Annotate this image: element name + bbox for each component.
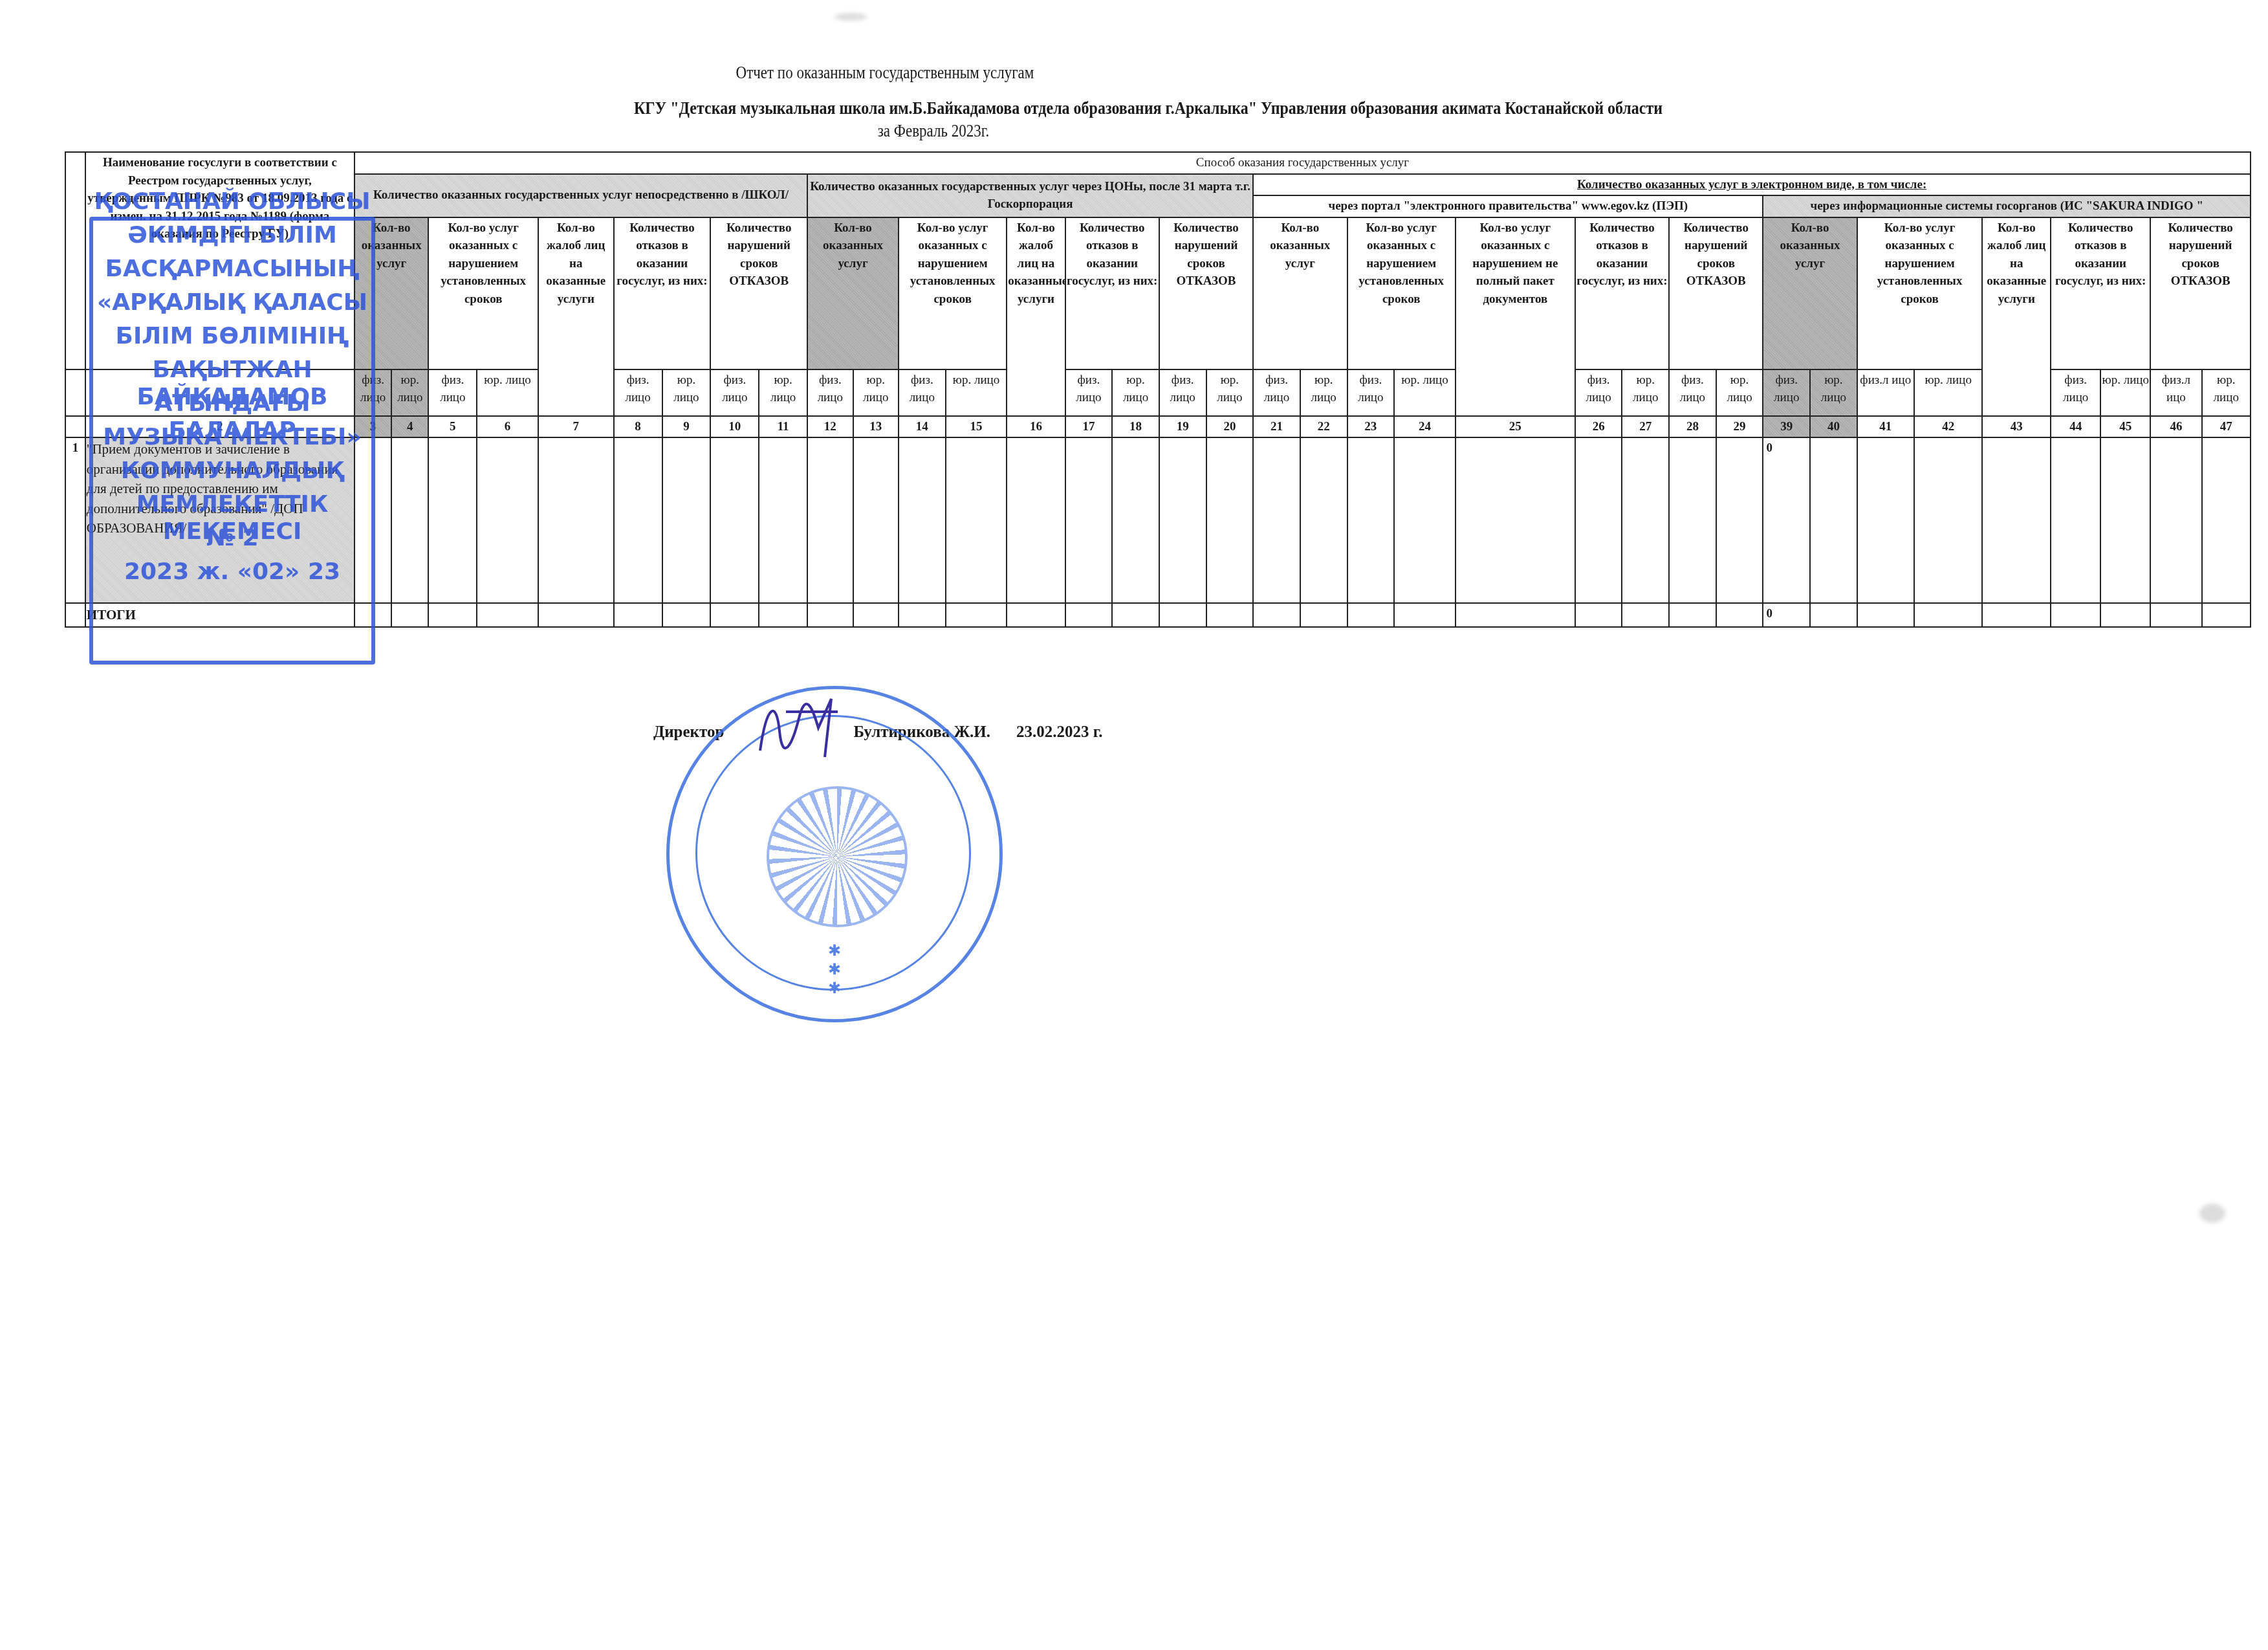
cell-col-40 — [1810, 437, 1857, 603]
person-type-phys: физ. лицо — [899, 369, 946, 416]
direct-refusal-violations-header: Количество нарушений сроков ОТКАЗОВ — [710, 217, 807, 369]
group-sakura: через информационные системы госорганов … — [1763, 195, 2251, 217]
cell-col-21 — [1253, 603, 1300, 626]
cell-col-7 — [538, 603, 614, 626]
stamp-text-line: 2023 ж. «02» 23 — [93, 558, 371, 586]
cell-col-39: 0 — [1763, 437, 1810, 603]
column-number: 18 — [1112, 416, 1159, 438]
person-type-jur: юр. лицо — [1622, 369, 1669, 416]
cell-col-4 — [391, 603, 428, 626]
column-number: 44 — [2051, 416, 2100, 438]
cell-col-9 — [662, 437, 711, 603]
cell-col-47 — [2202, 603, 2251, 626]
sakura-complaints-header: Кол-во жалоб лиц на оказанные услуги — [1982, 217, 2051, 416]
cell-col-17 — [1065, 437, 1113, 603]
person-type-jur: юр. лицо — [477, 369, 538, 416]
cell-col-46 — [2150, 437, 2201, 603]
cell-col-27 — [1622, 603, 1669, 626]
cell-col-15 — [946, 437, 1007, 603]
stamp-text-line: № 2 — [93, 525, 371, 552]
cell-col-41 — [1857, 437, 1914, 603]
column-number: 39 — [1763, 416, 1810, 438]
person-type-phys: физ. лицо — [1575, 369, 1622, 416]
person-type-jur: юр. лицо — [2202, 369, 2251, 416]
cell-col-46 — [2150, 603, 2201, 626]
column-number: 16 — [1007, 416, 1065, 438]
column-number: 26 — [1575, 416, 1622, 438]
direct-complaints-header: Кол-во жалоб лиц на оказанные услуги — [538, 217, 614, 416]
table-row: 1 "Прием документов и зачисление в орган… — [65, 437, 2251, 603]
cell-col-5 — [428, 603, 477, 626]
sakura-count-header: Кол-во оказанных услуг — [1763, 217, 1857, 369]
cell-col-9 — [662, 603, 711, 626]
column-number: 7 — [538, 416, 614, 438]
cell-col-20 — [1206, 603, 1254, 626]
cell-col-42 — [1914, 603, 1983, 626]
person-type-jur: юр. лицо — [1810, 369, 1857, 416]
stamp-text-line: КОММУНАЛДЫҚ — [93, 457, 371, 485]
cell-col-26 — [1575, 603, 1622, 626]
person-type-jur: юр. лицо — [1206, 369, 1254, 416]
sakura-late-header: Кол-во услуг оказанных с нарушением уста… — [1857, 217, 1983, 369]
cell-col-6 — [477, 437, 538, 603]
organization-title: КГУ "Детская музыкальная школа им.Б.Байк… — [453, 99, 1844, 119]
column-number: 19 — [1159, 416, 1206, 438]
column-number: 11 — [759, 416, 807, 438]
person-type-jur: юр. лицо — [1914, 369, 1983, 416]
column-number: 47 — [2202, 416, 2251, 438]
cell-col-43 — [1982, 437, 2051, 603]
cell-col-12 — [807, 603, 853, 626]
cell-col-14 — [899, 603, 946, 626]
cell-col-15 — [946, 603, 1007, 626]
con-late-header: Кол-во услуг оказанных с нарушением уста… — [899, 217, 1007, 369]
column-number: 10 — [710, 416, 759, 438]
column-numbers-row: 2345678910111213141516171819202122232425… — [65, 416, 2251, 438]
column-number: 29 — [1716, 416, 1763, 438]
column-number: 40 — [1810, 416, 1857, 438]
column-number: 14 — [899, 416, 946, 438]
person-type-phys: физ. лицо — [807, 369, 853, 416]
person-type-phys: физ. лицо — [1669, 369, 1716, 416]
cell-col-16 — [1007, 437, 1065, 603]
egov-late-header: Кол-во услуг оказанных с нарушением уста… — [1347, 217, 1456, 369]
person-type-phys: физ. лицо — [1763, 369, 1810, 416]
person-type-phys: физ. лицо — [1347, 369, 1395, 416]
column-number: 43 — [1982, 416, 2051, 438]
totals-row: ИТОГИ 0 — [65, 603, 2251, 626]
column-number: 46 — [2150, 416, 2201, 438]
column-number: 21 — [1253, 416, 1300, 438]
group-electronic: Количество оказанных услуг в электронном… — [1253, 174, 2251, 196]
cell-col-44 — [2051, 603, 2100, 626]
person-type-phys: физ. лицо — [1159, 369, 1206, 416]
column-number: 28 — [1669, 416, 1716, 438]
registration-stamp: ҚОСТАНАЙ ОБЛЫСЫӘКІМДІГІ БІЛІМБАСҚАРМАСЫН… — [89, 217, 375, 665]
group-con: Количество оказанных государственных усл… — [807, 174, 1253, 217]
stamp-text-line: БІЛІМ БӨЛІМІНІҢ — [93, 323, 371, 350]
person-type-phys: физ. лицо — [2051, 369, 2100, 416]
con-complaints-header: Кол-во жалоб лиц на оказанные услуги — [1007, 217, 1065, 416]
column-number: 23 — [1347, 416, 1395, 438]
cell-col-24 — [1394, 603, 1456, 626]
person-type-jur: юр. лицо — [1394, 369, 1456, 416]
cell-col-20 — [1206, 437, 1254, 603]
cell-col-24 — [1394, 437, 1456, 603]
method-header: Способ оказания государственных услуг — [354, 152, 2251, 174]
con-refusal-violations-header: Количество нарушений сроков ОТКАЗОВ — [1159, 217, 1253, 369]
sakura-refusal-violations-header: Количество нарушений сроков ОТКАЗОВ — [2150, 217, 2251, 369]
person-type-phys: физ. лицо — [614, 369, 662, 416]
column-number: 13 — [853, 416, 899, 438]
row-number: 1 — [65, 437, 85, 603]
stamp-text-line: МУЗЫКА МЕКТЕБІ» — [93, 424, 371, 451]
cell-col-21 — [1253, 437, 1300, 603]
cell-col-28 — [1669, 603, 1716, 626]
scan-smudge — [834, 13, 867, 21]
cell-col-8 — [614, 603, 662, 626]
cell-col-6 — [477, 603, 538, 626]
cell-col-29 — [1716, 603, 1763, 626]
cell-col-18 — [1112, 437, 1159, 603]
person-type-jur: юр. лицо — [1300, 369, 1347, 416]
cell-col-13 — [853, 437, 899, 603]
sakura-refusals-header: Количество отказов в оказании госуслуг, … — [2051, 217, 2150, 369]
stamp-text-line: «АРҚАЛЫҚ ҚАЛАСЫ — [93, 289, 371, 316]
person-type-jur: юр. лицо — [1112, 369, 1159, 416]
cell-col-14 — [899, 437, 946, 603]
cell-col-22 — [1300, 437, 1347, 603]
cell-col-29 — [1716, 437, 1763, 603]
cell-col-45 — [2100, 603, 2150, 626]
cell-col-16 — [1007, 603, 1065, 626]
row-number-header — [65, 152, 85, 369]
column-number: 45 — [2100, 416, 2150, 438]
cell-col-7 — [538, 437, 614, 603]
person-type-phys: физ. лицо — [1253, 369, 1300, 416]
cell-col-12 — [807, 437, 853, 603]
cell-col-19 — [1159, 437, 1206, 603]
column-number: 41 — [1857, 416, 1914, 438]
person-type-jur: юр. лицо — [391, 369, 428, 416]
column-number: 27 — [1622, 416, 1669, 438]
person-type-phys: физ. лицо — [428, 369, 477, 416]
person-type-jur: юр. лицо — [1716, 369, 1763, 416]
report-period: за Февраль 2023г. — [0, 122, 2268, 141]
column-number: 20 — [1206, 416, 1254, 438]
cell-col-26 — [1575, 437, 1622, 603]
stamp-text-line: ӘКІМДІГІ БІЛІМ — [93, 222, 371, 249]
scan-smudge — [2199, 1204, 2225, 1223]
cell-col-10 — [710, 437, 759, 603]
column-number: 12 — [807, 416, 853, 438]
cell-col-25 — [1456, 437, 1575, 603]
person-type-phys: физ. лицо — [710, 369, 759, 416]
column-number: 8 — [614, 416, 662, 438]
signature-icon — [747, 692, 851, 770]
cell-col-23 — [1347, 437, 1395, 603]
column-number: 17 — [1065, 416, 1113, 438]
column-number: 15 — [946, 416, 1007, 438]
column-number: 22 — [1300, 416, 1347, 438]
person-type-jur: юр. лицо — [662, 369, 711, 416]
signature-date: 23.02.2023 г. — [1016, 723, 1103, 742]
column-number: 6 — [477, 416, 538, 438]
person-type-phys: физ. лицо — [1065, 369, 1113, 416]
cell-col-22 — [1300, 603, 1347, 626]
person-type-phys: физ.л ицо — [2150, 369, 2201, 416]
cell-col-27 — [1622, 437, 1669, 603]
cell-col-28 — [1669, 437, 1716, 603]
cell-col-10 — [710, 603, 759, 626]
cell-col-25 — [1456, 603, 1575, 626]
person-type-jur: юр. лицо — [853, 369, 899, 416]
column-number: 24 — [1394, 416, 1456, 438]
column-number: 4 — [391, 416, 428, 438]
cell-col-11 — [759, 437, 807, 603]
egov-refusal-violations-header: Количество нарушений сроков ОТКАЗОВ — [1669, 217, 1763, 369]
cell-col-4 — [391, 437, 428, 603]
stamp-text-line: БАСҚАРМАСЫНЫҢ — [93, 256, 371, 283]
cell-col-40 — [1810, 603, 1857, 626]
person-type-jur: юр. лицо — [2100, 369, 2150, 416]
report-title: Отчет по оказанным государственным услуг… — [0, 63, 2268, 83]
cell-col-18 — [1112, 603, 1159, 626]
state-emblem-icon — [767, 786, 908, 927]
cell-col-41 — [1857, 603, 1914, 626]
cell-col-19 — [1159, 603, 1206, 626]
person-type-jur: юр. лицо — [759, 369, 807, 416]
egov-count-header: Кол-во оказанных услуг — [1253, 217, 1347, 369]
egov-incomplete-header: Кол-во услуг оказанных с нарушением не п… — [1456, 217, 1575, 416]
direct-late-header: Кол-во услуг оказанных с нарушением уста… — [428, 217, 538, 369]
person-type-jur: юр. лицо — [946, 369, 1007, 416]
seal-stars-icon: ✱✱✱ — [828, 941, 841, 997]
cell-col-23 — [1347, 603, 1395, 626]
cell-col-42 — [1914, 437, 1983, 603]
column-number: 5 — [428, 416, 477, 438]
stamp-text-line: ҚОСТАНАЙ ОБЛЫСЫ — [93, 188, 371, 215]
cell-col-43 — [1982, 603, 2051, 626]
direct-refusals-header: Количество отказов в оказании госуслуг, … — [614, 217, 711, 369]
cell-col-44 — [2051, 437, 2100, 603]
group-egov: через портал "электронного правительства… — [1253, 195, 1763, 217]
cell-col-11 — [759, 603, 807, 626]
egov-refusals-header: Количество отказов в оказании госуслуг, … — [1575, 217, 1669, 369]
con-refusals-header: Количество отказов в оказании госуслуг, … — [1065, 217, 1159, 369]
cell-col-8 — [614, 437, 662, 603]
cell-col-13 — [853, 603, 899, 626]
cell-col-39: 0 — [1763, 603, 1810, 626]
cell-col-17 — [1065, 603, 1113, 626]
cell-col-47 — [2202, 437, 2251, 603]
column-number: 25 — [1456, 416, 1575, 438]
cell-col-45 — [2100, 437, 2150, 603]
person-type-phys: физ.л ицо — [1857, 369, 1914, 416]
column-number: 9 — [662, 416, 711, 438]
cell-col-5 — [428, 437, 477, 603]
group-direct: Количество оказанных государственных усл… — [354, 174, 807, 217]
services-report-table: Наименование госуслуги в соответствии с … — [65, 151, 2251, 628]
con-count-header: Кол-во оказанных услуг — [807, 217, 899, 369]
column-number: 42 — [1914, 416, 1983, 438]
